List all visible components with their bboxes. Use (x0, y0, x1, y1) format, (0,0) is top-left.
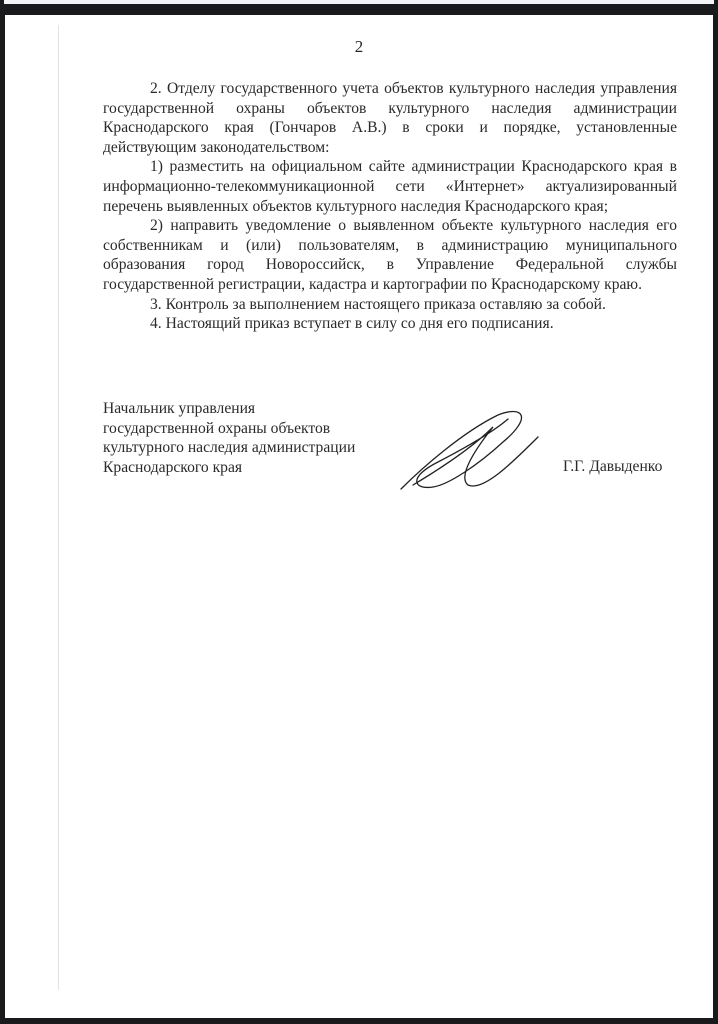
signatory-title-line: государственной охраны объектов (103, 419, 677, 439)
document-body: 2. Отделу государственного учета объекто… (103, 79, 677, 334)
subparagraph-1: 1) разместить на официальном сайте админ… (103, 157, 677, 216)
paragraph-4: 4. Настоящий приказ вступает в силу со д… (103, 314, 677, 334)
signatory-title-line: Начальник управления (103, 399, 677, 419)
paragraph-3: 3. Контроль за выполнением настоящего пр… (103, 295, 677, 315)
signature-block: Начальник управления государственной охр… (103, 399, 677, 477)
signatory-title-line: культурного наследия администрации (103, 438, 677, 458)
subparagraph-2: 2) направить уведомление о выявленном об… (103, 216, 677, 294)
window-top-strip (4, 0, 714, 4)
signatory-name: Г.Г. Давыденко (563, 457, 662, 477)
margin-line (58, 25, 59, 990)
page-number: 2 (5, 37, 713, 57)
paragraph-2: 2. Отделу государственного учета объекто… (103, 79, 677, 157)
handwritten-signature-icon (393, 407, 543, 497)
document-page: 2 2. Отделу государственного учета объек… (5, 15, 713, 1018)
